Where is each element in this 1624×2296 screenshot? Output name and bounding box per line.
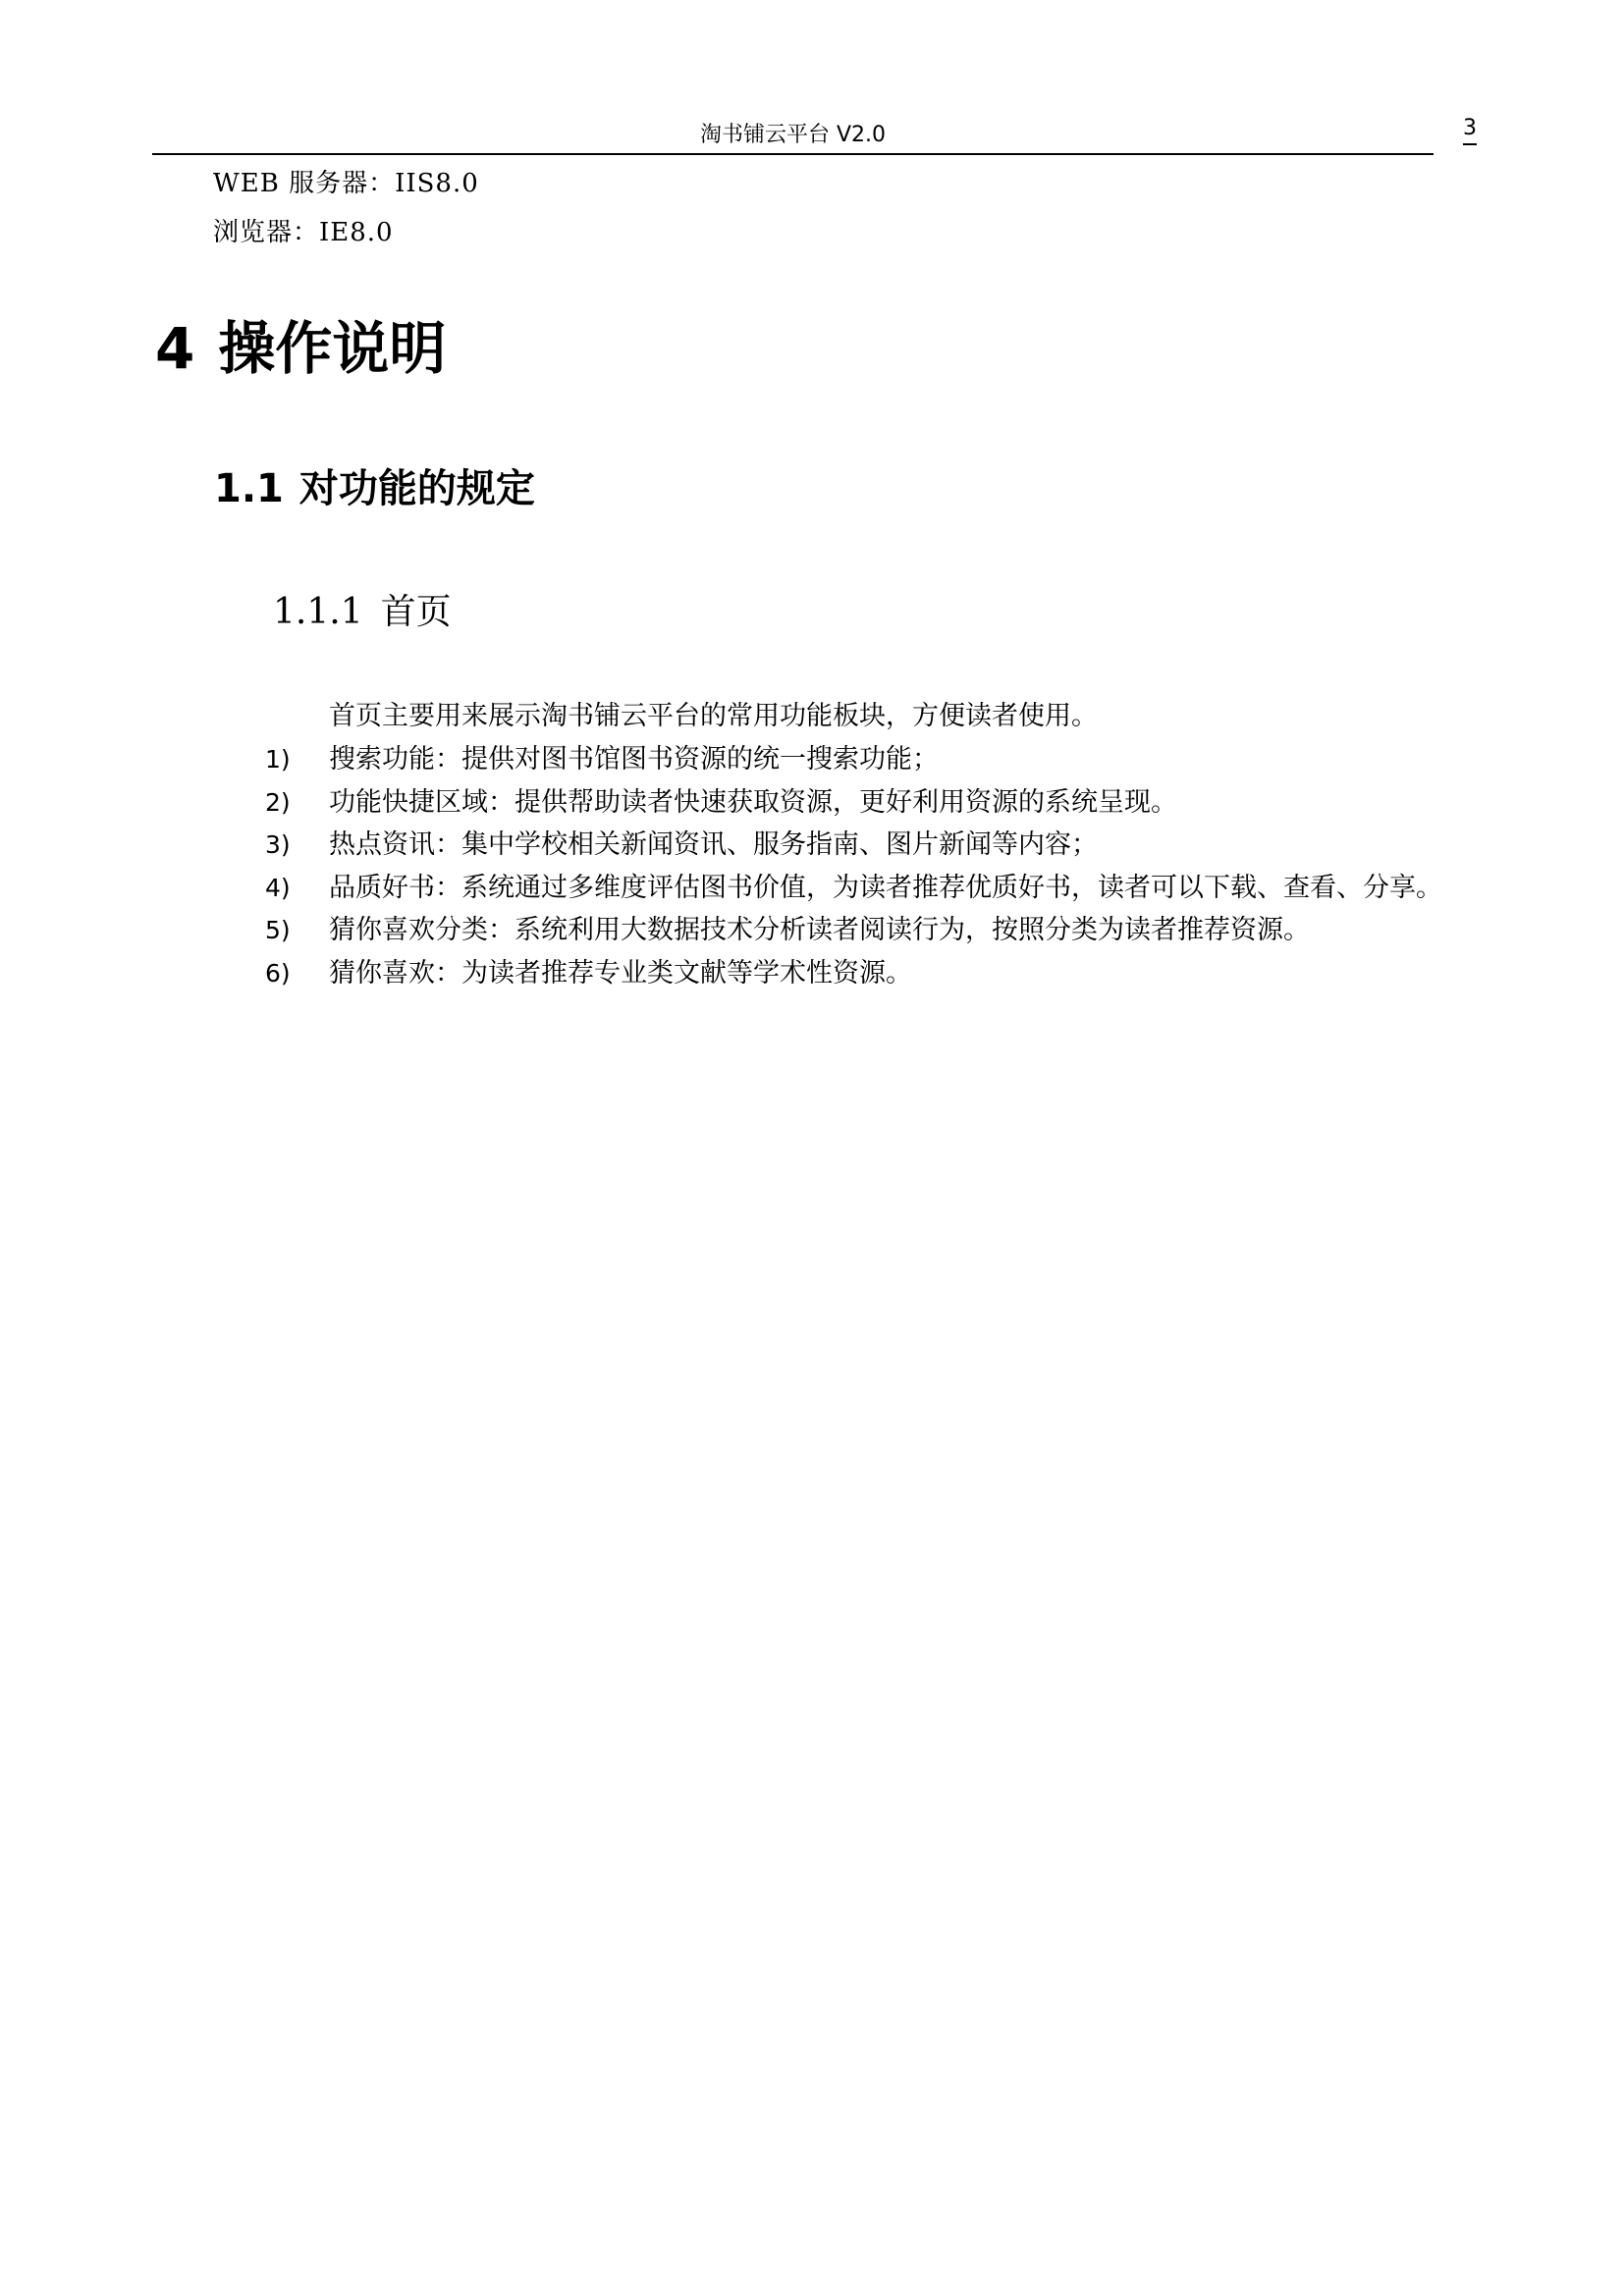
page-header: 淘书铺云平台 V2.0 xyxy=(152,116,1434,155)
subsubsection-heading: 1.1.1首页 xyxy=(273,589,452,636)
section-number: 4 xyxy=(155,315,194,382)
header-title: 淘书铺云平台 V2.0 xyxy=(152,118,1434,148)
list-item: 2) 功能快捷区域：提供帮助读者快速获取资源，更好利用资源的系统呈现。 xyxy=(265,781,1492,825)
section-title: 操作说明 xyxy=(218,315,446,382)
list-marker: 2) xyxy=(265,781,291,825)
list-item: 4) 品质好书：系统通过多维度评估图书价值，为读者推荐优质好书，读者可以下载、查… xyxy=(265,867,1492,910)
page-number: 3 xyxy=(1463,116,1477,145)
subsection-title: 对功能的规定 xyxy=(299,466,535,511)
list-marker: 4) xyxy=(265,867,291,910)
list-item-text: 猜你喜欢分类：系统利用大数据技术分析读者阅读行为，按照分类为读者推荐资源。 xyxy=(329,909,1492,952)
subsubsection-title: 首页 xyxy=(381,592,452,632)
list-item: 1) 搜索功能：提供对图书馆图书资源的统一搜索功能； xyxy=(265,738,1492,781)
list-marker: 1) xyxy=(265,738,291,781)
list-item-text: 功能快捷区域：提供帮助读者快速获取资源，更好利用资源的系统呈现。 xyxy=(329,781,1492,825)
list-item: 3) 热点资讯：集中学校相关新闻资讯、服务指南、图片新闻等内容； xyxy=(265,824,1492,867)
subsubsection-number: 1.1.1 xyxy=(273,592,363,632)
subsection-heading: 1.1对功能的规定 xyxy=(214,463,535,514)
list-item-text: 热点资讯：集中学校相关新闻资讯、服务指南、图片新闻等内容； xyxy=(329,824,1492,867)
intro-paragraph: 首页主要用来展示淘书铺云平台的常用功能板块，方便读者使用。 xyxy=(329,699,1098,734)
list-marker: 6) xyxy=(265,952,291,995)
list-item: 5) 猜你喜欢分类：系统利用大数据技术分析读者阅读行为，按照分类为读者推荐资源。 xyxy=(265,909,1492,952)
subsection-number: 1.1 xyxy=(214,466,284,511)
list-marker: 5) xyxy=(265,909,291,952)
list-item: 6) 猜你喜欢：为读者推荐专业类文献等学术性资源。 xyxy=(265,952,1492,995)
web-server-line: WEB 服务器：IIS8.0 xyxy=(213,167,479,200)
list-item-text: 搜索功能：提供对图书馆图书资源的统一搜索功能； xyxy=(329,738,1492,781)
section-heading: 4操作说明 xyxy=(155,314,446,383)
list-item-text: 品质好书：系统通过多维度评估图书价值，为读者推荐优质好书，读者可以下载、查看、分… xyxy=(329,867,1492,910)
list-marker: 3) xyxy=(265,824,291,867)
browser-line: 浏览器：IE8.0 xyxy=(213,216,394,249)
list-item-text: 猜你喜欢：为读者推荐专业类文献等学术性资源。 xyxy=(329,952,1492,995)
feature-list: 1) 搜索功能：提供对图书馆图书资源的统一搜索功能； 2) 功能快捷区域：提供帮… xyxy=(265,738,1492,994)
